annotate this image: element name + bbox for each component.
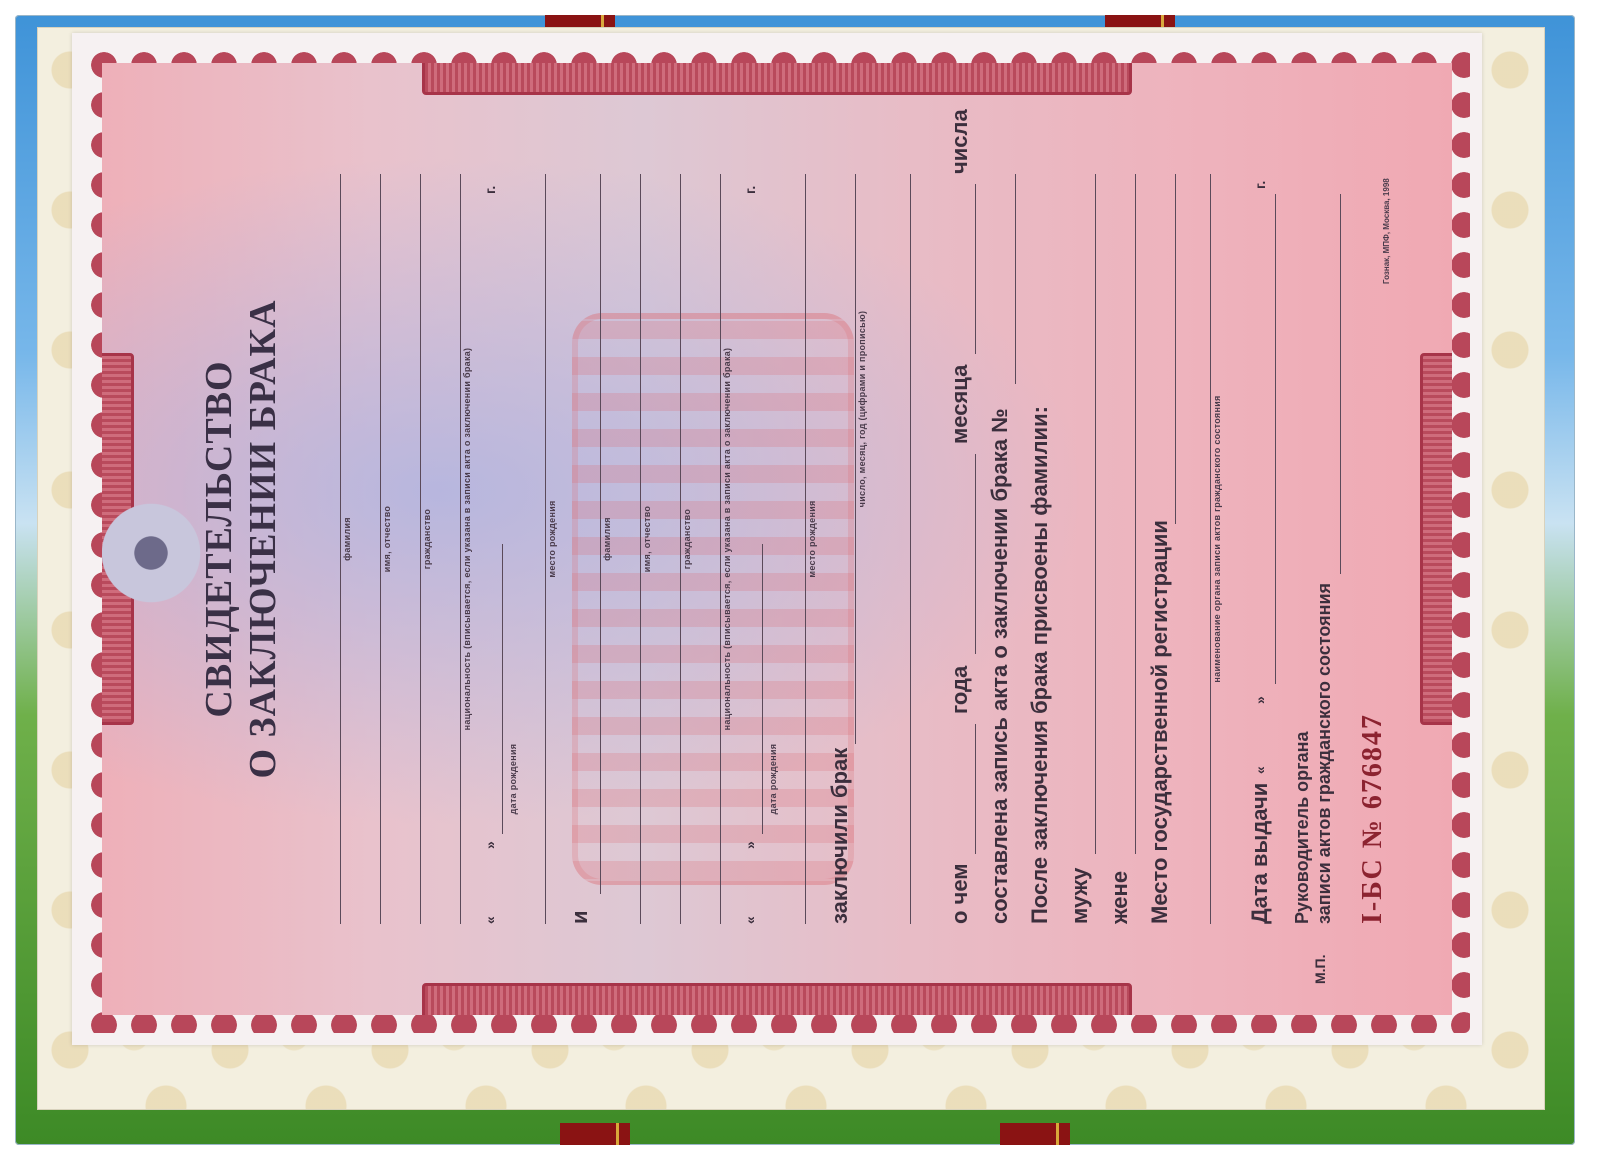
registration-place-label: Место государственной регистрации (1147, 520, 1173, 924)
certificate-content: СВИДЕТЕЛЬСТВО О ЗАКЛЮЧЕНИИ БРАКА фамилия… (142, 74, 1412, 1004)
record-day-field[interactable] (947, 184, 976, 354)
issue-date-label: Дата выдачи (1247, 783, 1273, 924)
document-title: СВИДЕТЕЛЬСТВО О ЗАКЛЮЧЕНИИ БРАКА (197, 74, 285, 1004)
groom-birthplace-field[interactable] (517, 174, 546, 924)
record-month-field[interactable] (947, 454, 976, 654)
about-label: о чем (947, 863, 973, 924)
act-record-label: составлена запись акта о заключении брак… (987, 408, 1013, 924)
wife-label: жене (1107, 871, 1133, 924)
caption: место рождения (547, 74, 557, 1004)
bride-surname-field[interactable] (572, 174, 601, 894)
groom-surname-field[interactable] (312, 174, 341, 924)
caption: фамилия (602, 74, 612, 1004)
groom-nationality-field[interactable] (432, 174, 461, 924)
record-year-field[interactable] (947, 724, 976, 854)
surnames-heading: После заключения брака присвоены фамилии… (1027, 406, 1053, 924)
registration-place-field-2[interactable] (1182, 174, 1211, 924)
head-signature-field[interactable] (1312, 194, 1341, 574)
bride-nationality-field[interactable] (692, 174, 721, 924)
year-suffix: г. (742, 186, 758, 194)
quote-close: » (742, 841, 758, 849)
year-suffix: г. (482, 186, 498, 194)
marriage-certificate: СВИДЕТЕЛЬСТВО О ЗАКЛЮЧЕНИИ БРАКА фамилия… (72, 33, 1482, 1045)
stamp-label: М.П. (1312, 954, 1328, 984)
bride-citizenship-field[interactable] (652, 174, 681, 924)
title-line-2: О ЗАКЛЮЧЕНИИ БРАКА (241, 74, 285, 1004)
bride-birthplace-field[interactable] (777, 174, 806, 924)
caption: имя, отчество (642, 74, 652, 1004)
quote-open: « (482, 916, 498, 924)
head-label-line-2: записи актов гражданского состояния (1314, 583, 1335, 924)
quote-open: « (742, 916, 758, 924)
title-line-1: СВИДЕТЕЛЬСТВО (197, 74, 241, 1004)
caption: наименование органа записи актов граждан… (1212, 74, 1222, 1004)
registration-place-field[interactable] (1147, 174, 1176, 524)
year-label: года (947, 666, 973, 714)
quote-close: » (482, 841, 498, 849)
day-label: числа (947, 109, 973, 174)
marriage-date-words-field[interactable] (882, 174, 911, 924)
caption: национальность (вписывается, если указан… (722, 74, 732, 1004)
caption: гражданство (682, 74, 692, 1004)
caption: имя, отчество (382, 74, 392, 1004)
husband-surname-field[interactable] (1067, 174, 1096, 854)
certificate-paper: СВИДЕТЕЛЬСТВО О ЗАКЛЮЧЕНИИ БРАКА фамилия… (102, 63, 1452, 1015)
bride-birthdate-field[interactable] (734, 544, 763, 834)
wife-surname-field[interactable] (1107, 174, 1136, 854)
printer-note: Гознак, МПФ, Москва, 1998 (1382, 178, 1391, 284)
caption: число, месяц, год (цифрами и прописью) (857, 74, 867, 744)
month-label: месяца (947, 365, 973, 444)
folder-ribbon (1000, 1123, 1070, 1145)
caption: гражданство (422, 74, 432, 1004)
and-label: и (567, 910, 593, 924)
caption: фамилия (342, 74, 352, 1004)
folder-ribbon (560, 1123, 630, 1145)
year-suffix: г. (1252, 181, 1268, 189)
husband-label: мужу (1067, 868, 1093, 924)
groom-birthdate-field[interactable] (474, 544, 503, 834)
bride-name-field[interactable] (612, 174, 641, 924)
issue-date-field[interactable] (1247, 194, 1276, 684)
groom-name-field[interactable] (352, 174, 381, 924)
act-record-number-field[interactable] (987, 174, 1016, 384)
groom-citizenship-field[interactable] (392, 174, 421, 924)
quote-open: « (1252, 766, 1268, 774)
marriage-date-field[interactable] (827, 174, 856, 744)
married-label: заключили брак (827, 748, 853, 924)
head-label-line-1: Руководитель органа (1292, 731, 1313, 924)
ornament-band-right (1420, 353, 1452, 725)
caption: место рождения (807, 74, 817, 1004)
caption: национальность (вписывается, если указан… (462, 74, 472, 1004)
serial-number: I-БС № 676847 (1357, 713, 1389, 924)
quote-close: » (1252, 696, 1268, 704)
